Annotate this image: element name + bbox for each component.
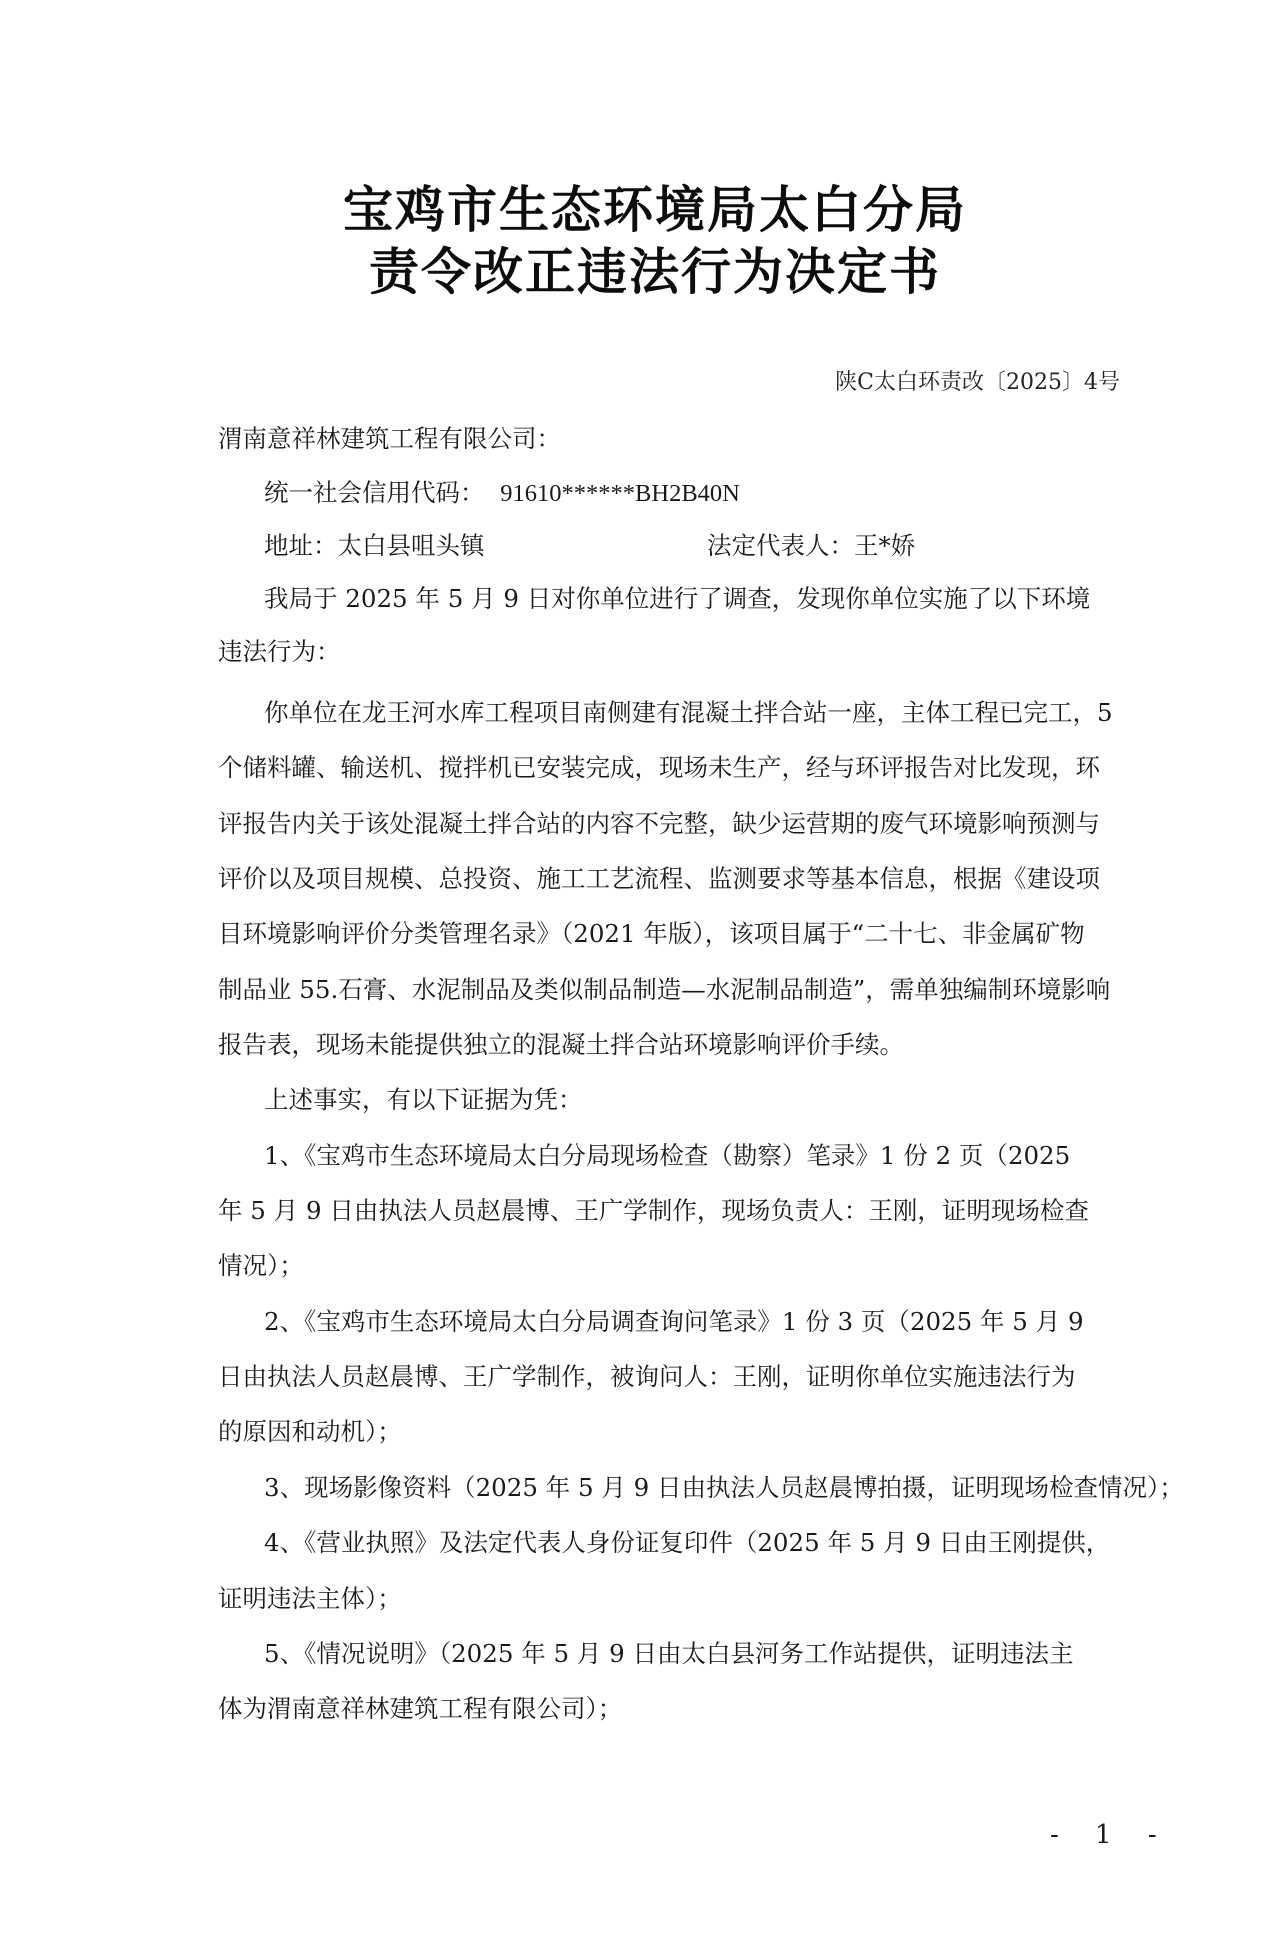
body-line: 上述事实，有以下证据为凭：	[264, 1084, 583, 1116]
credit-code-value: 91610******BH2B40N	[500, 480, 740, 507]
body-line: 你单位在龙王河水库工程项目南侧建有混凝土拌合站一座，主体工程已完工，5	[264, 697, 1113, 729]
body-line: 个储料罐、输送机、搅拌机已安装完成，现场未生产，经与环评报告对比发现，环	[218, 752, 1100, 784]
body-line: 证明违法主体）；	[218, 1583, 402, 1615]
addressee: 渭南意祥林建筑工程有限公司：	[218, 423, 561, 455]
address-label: 地址：	[264, 531, 338, 560]
body-line: 日由执法人员赵晨博、王广学制作，被询问人：王刚，证明你单位实施违法行为	[218, 1361, 1076, 1393]
body-line: 情况）；	[218, 1250, 304, 1282]
legal-representative-row: 法定代表人：王*娇	[707, 530, 915, 562]
document-number: 陕C太白环责改〔2025〕4号	[835, 365, 1120, 396]
body-line: 4、《营业执照》及法定代表人身份证复印件（2025 年 5 月 9 日由王刚提供…	[264, 1527, 1110, 1559]
body-line: 我局于 2025 年 5 月 9 日对你单位进行了调查，发现你单位实施了以下环境	[264, 583, 1090, 615]
body-line: 违法行为：	[218, 636, 341, 668]
page-number: - 1 -	[1050, 1820, 1171, 1850]
body-line: 2、《宝鸡市生态环境局太白分局调查询问笔录》1 份 3 页（2025 年 5 月…	[264, 1306, 1084, 1338]
body-line: 评价以及项目规模、总投资、施工工艺流程、监测要求等基本信息，根据《建设项	[218, 863, 1100, 895]
body-line: 报告表，现场未能提供独立的混凝土拌合站环境影响评价手续。	[218, 1029, 904, 1061]
legal-rep-label: 法定代表人：	[707, 531, 854, 560]
body-line: 制品业 55.石膏、水泥制品及类似制品制造—水泥制品制造”，需单独编制环境影响	[218, 974, 1110, 1006]
body-line: 评报告内关于该处混凝土拌合站的内容不完整，缺少运营期的废气环境影响预测与	[218, 808, 1100, 840]
body-line: 目环境影响评价分类管理名录》（2021 年版），该项目属于“二十七、非金属矿物	[218, 918, 1085, 950]
body-line: 的原因和动机）；	[218, 1416, 402, 1448]
legal-rep-value: 王*娇	[854, 531, 915, 560]
document-title-line2: 责令改正违法行为决定书	[15, 232, 1280, 304]
credit-code-label: 统一社会信用代码：	[264, 478, 485, 507]
address-value: 太白县咀头镇	[338, 531, 485, 560]
body-line: 年 5 月 9 日由执法人员赵晨博、王广学制作，现场负责人：王刚，证明现场检查	[218, 1195, 1089, 1227]
credit-code-row: 统一社会信用代码： 91610******BH2B40N	[264, 477, 740, 510]
body-line: 体为渭南意祥林建筑工程有限公司）；	[218, 1693, 622, 1725]
body-line: 1、《宝鸡市生态环境局太白分局现场检查（勘察）笔录》1 份 2 页（2025	[264, 1140, 1070, 1172]
address-row: 地址：太白县咀头镇	[264, 530, 485, 562]
body-line: 5、《情况说明》（2025 年 5 月 9 日由太白县河务工作站提供，证明违法主	[264, 1638, 1074, 1670]
body-line: 3、现场影像资料（2025 年 5 月 9 日由执法人员赵晨博拍摄，证明现场检查…	[264, 1472, 1184, 1504]
